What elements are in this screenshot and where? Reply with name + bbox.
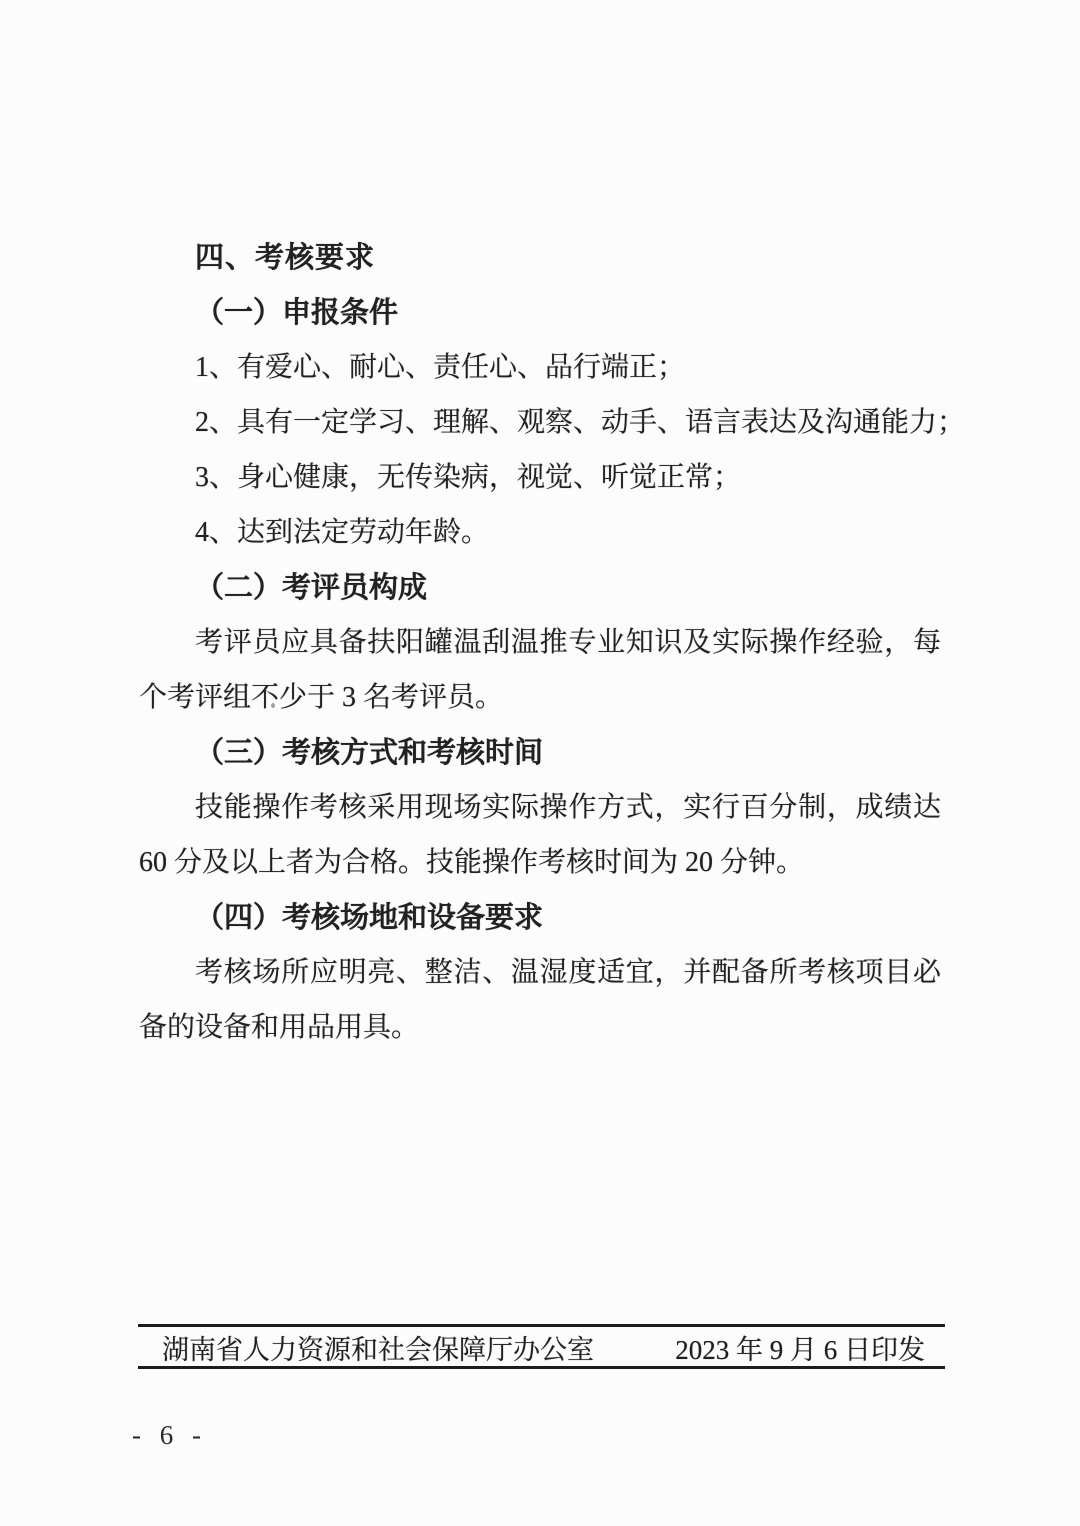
list-item-1: 1、有爱心、耐心、责任心、品行端正； [195,348,685,388]
scan-artifact-dot [271,703,275,708]
document-page: 四、考核要求 （一）申报条件 1、有爱心、耐心、责任心、品行端正； 2、具有一定… [0,0,1080,1526]
footer-issuer: 湖南省人力资源和社会保障厅办公室 [162,1328,594,1367]
section-heading-1: （一）申报条件 [195,293,398,333]
list-item-2: 2、具有一定学习、理解、观察、动手、语言表达及沟通能力； [195,403,965,443]
page-footer: 湖南省人力资源和社会保障厅办公室 2023 年 9 月 6 日印发 [138,1329,945,1365]
paragraph-line: 60 分及以上者为合格。技能操作考核时间为 20 分钟。 [139,843,804,883]
section-heading-3: （三）考核方式和考核时间 [195,733,543,773]
paragraph-line: 考核场所应明亮、整洁、温湿度适宜，并配备所考核项目必 [195,953,941,993]
paragraph-line: 个考评组不少于 3 名考评员。 [139,678,503,718]
footer-print-date: 2023 年 9 月 6 日印发 [675,1328,925,1367]
paragraph-line: 备的设备和用品用具。 [139,1008,419,1048]
doc-title: 四、考核要求 [195,238,375,278]
section-heading-4: （四）考核场地和设备要求 [195,898,543,938]
section-heading-2: （二）考评员构成 [195,568,427,608]
paragraph-line: 考评员应具备扶阳罐温刮温推专业知识及实际操作经验，每 [195,623,941,663]
paragraph-line: 技能操作考核采用现场实际操作方式，实行百分制，成绩达 [195,788,941,828]
page-number: - 6 - [132,1420,207,1451]
list-item-4: 4、达到法定劳动年龄。 [195,513,489,553]
list-item-3: 3、身心健康，无传染病，视觉、听觉正常； [195,458,741,498]
footer-rule-bottom [138,1366,945,1369]
